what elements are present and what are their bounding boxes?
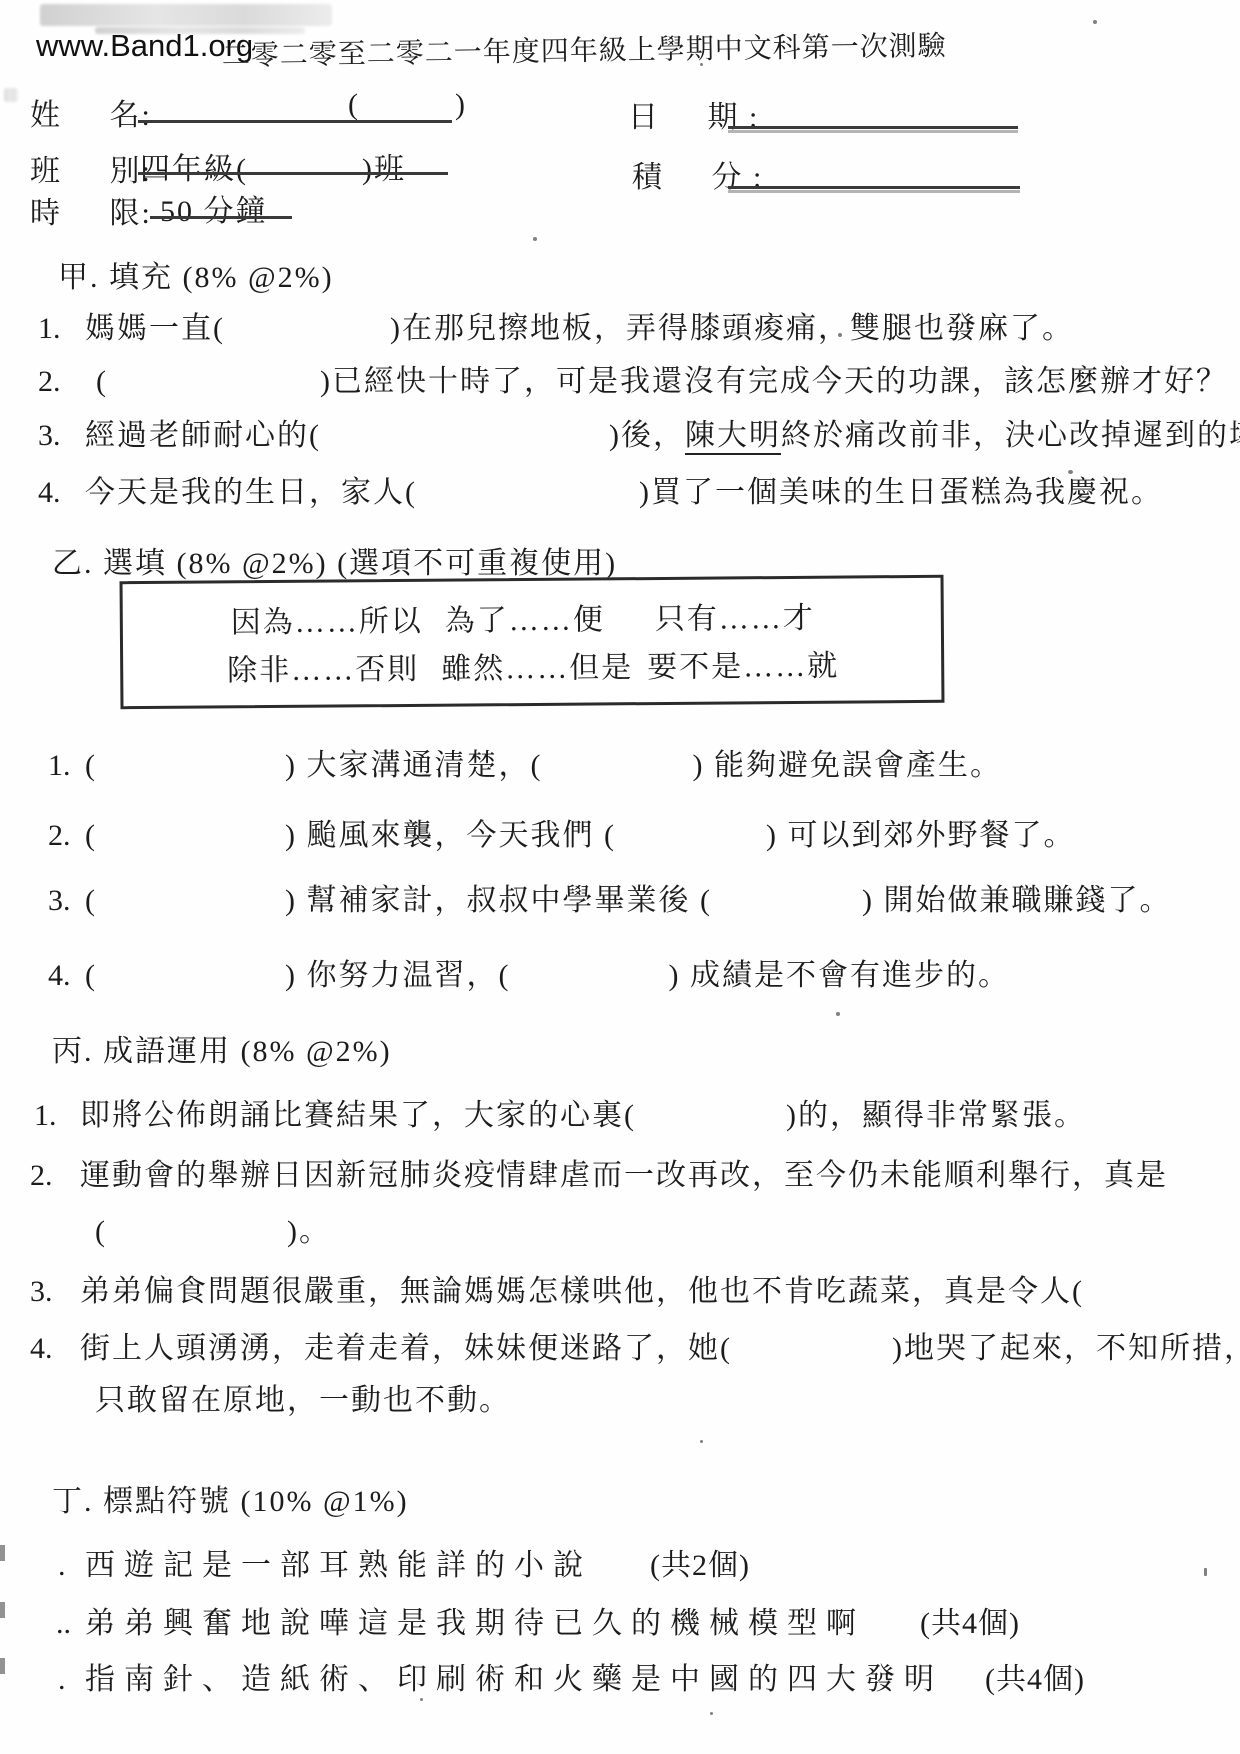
item-text: 運動會的舉辦日因新冠肺炎疫情肆虐而一改再改，至今仍未能順利舉行，真是 (80, 1159, 1168, 1192)
scan-speck (700, 63, 703, 66)
section-c-item-4-line-2: 只敢留在原地，一動也不動。 (95, 1375, 511, 1419)
time-value: 50 分鐘 (160, 186, 268, 230)
item-text: ) 大家溝通清楚，( (285, 749, 542, 782)
underlined-name: 陳大明 (685, 419, 781, 455)
item-number: 4. (30, 1332, 80, 1366)
scan-smudge (40, 4, 332, 26)
scan-speck (1093, 20, 1097, 24)
punctuation-count-note: (共4個) (920, 1607, 1020, 1640)
scan-speck (420, 1698, 423, 1701)
section-a-item-1: 1.媽媽一直()在那兒擦地板，弄得膝頭痠痛，雙腿也發麻了。 (38, 303, 1074, 347)
scan-speck (533, 237, 537, 241)
score-writing-line (728, 186, 1020, 189)
section-d-item-1: .西遊記是一部耳熟能詳的小說(共2個) (58, 1540, 750, 1584)
item-text: )買了一個美味的生日蛋糕為我慶祝。 (639, 476, 1163, 509)
item-number: 3. (38, 419, 85, 453)
item-number: 3. (48, 884, 85, 918)
section-a-item-3: 3.經過老師耐心的()後，陳大明終於痛改前非，決心改掉遲到的壞習慣。 (38, 410, 1240, 454)
item-text: )後， (609, 419, 685, 452)
punctuation-sentence: 指南針、造紙術、印刷術和火藥是中國的四大發明 (85, 1663, 943, 1696)
punctuation-sentence: 西遊記是一部耳熟能詳的小說 (85, 1549, 592, 1582)
options-box: 因為……所以 為了……便 只有……才 除非……否則 雖然……但是 要不是……就 (120, 575, 945, 709)
item-number: 3. (30, 1275, 80, 1309)
section-a-heading: 甲. 填充 (8% @2%) (58, 252, 334, 296)
section-a-item-4: 4.今天是我的生日，家人()買了一個美味的生日蛋糕為我慶祝。 (38, 467, 1163, 511)
item-text: )的，顯得非常緊張。 (786, 1099, 1086, 1132)
item-text: ( (96, 365, 108, 398)
section-d-item-2: ..弟弟興奮地說嘩這是我期待已久的機械模型啊(共4個) (56, 1598, 1020, 1642)
item-text: 即將公佈朗誦比賽結果了，大家的心裏( (80, 1099, 636, 1132)
option-conjunction: 除非……否則 (227, 644, 419, 690)
time-label: 時 限: (30, 188, 152, 232)
item-number: . (58, 1663, 85, 1697)
class-writing-line (138, 172, 448, 175)
scan-speck (836, 1012, 840, 1016)
scan-speck (838, 333, 842, 337)
scanned-test-paper: www.Band1.org 二零二零至二零二一年度四年級上學期中文科第一次測驗 … (0, 0, 1240, 1754)
item-text: 終於痛改前非，決心改掉遲到的壞習慣。 (781, 419, 1240, 452)
item-text: ( (85, 819, 97, 852)
section-c-item-2: 2.運動會的舉辦日因新冠肺炎疫情肆虐而一改再改，至今仍未能順利舉行，真是 (30, 1150, 1168, 1194)
date-writing-line (728, 126, 1018, 129)
item-text: 只敢留在原地，一動也不動。 (95, 1384, 511, 1417)
section-c-item-3: 3.弟弟偏食問題很嚴重，無論媽媽怎樣哄他，他也不肯吃蔬菜，真是令人()。 (30, 1266, 1240, 1310)
section-d-heading: 丁. 標點符號 (10% @1%) (52, 1476, 409, 1520)
item-text: )在那兒擦地板，弄得膝頭痠痛，雙腿也發麻了。 (390, 312, 1074, 345)
scan-speck (418, 905, 422, 909)
name-paren: ( ) (348, 88, 467, 122)
section-b-heading: 乙. 選填 (8% @2%) (選項不可重複使用) (52, 538, 617, 582)
punctuation-count-note: (共2個) (650, 1549, 750, 1582)
item-number: 1. (34, 1099, 80, 1133)
item-number: 2. (38, 365, 96, 399)
class-label: 班 別: (30, 146, 152, 190)
date-label: 日 期 : (628, 92, 759, 136)
option-conjunction: 雖然……但是 (441, 642, 633, 688)
section-b-item-1: 1.() 大家溝通清楚，() 能夠避免誤會產生。 (48, 740, 1002, 784)
item-number: . (58, 1549, 85, 1583)
section-b-item-4: 4.() 你努力温習，() 成績是不會有進步的。 (48, 950, 1010, 994)
item-text: ) 幫補家計，叔叔中學畢業後 ( (285, 884, 712, 917)
time-underline (150, 216, 292, 219)
item-text: ) 能夠避免誤會產生。 (692, 749, 1002, 782)
section-c-item-4: 4.街上人頭湧湧，走着走着，妹妹便迷路了，她()地哭了起來，不知所措， (30, 1323, 1240, 1367)
section-c-heading: 丙. 成語運用 (8% @2%) (52, 1026, 392, 1070)
item-text: ( (95, 1215, 107, 1248)
item-text: ) 颱風來襲，今天我們 ( (285, 819, 616, 852)
item-text: )。 (287, 1215, 331, 1248)
item-text: ( (85, 749, 97, 782)
section-c-item-2-line-2: ()。 (95, 1206, 331, 1250)
scan-speck (700, 1440, 703, 1443)
item-text: 今天是我的生日，家人( (85, 476, 417, 509)
scan-speck (1204, 1568, 1207, 1576)
item-text: 媽媽一直( (85, 312, 225, 345)
item-text: 弟弟偏食問題很嚴重，無論媽媽怎樣哄他，他也不肯吃蔬菜，真是令人( (80, 1275, 1084, 1308)
name-label: 姓 名: (30, 90, 152, 134)
item-text: 經過老師耐心的( (85, 419, 321, 452)
section-b-item-3: 3.() 幫補家計，叔叔中學畢業後 () 開始做兼職賺錢了。 (48, 875, 1171, 919)
item-number: 4. (48, 959, 85, 993)
scan-edge-mark (0, 1545, 5, 1561)
scan-edge-mark (0, 1658, 5, 1674)
item-number: 2. (48, 819, 85, 853)
option-conjunction: 為了……便 (445, 594, 605, 639)
item-text: ) 成績是不會有進步的。 (668, 959, 1010, 992)
item-text: 街上人頭湧湧，走着走着，妹妹便迷路了，她( (80, 1332, 732, 1365)
item-number: .. (56, 1607, 85, 1641)
score-label: 積 分 : (632, 152, 763, 196)
paper-title: 二零二零至二零二一年度四年級上學期中文科第一次測驗 (221, 24, 947, 74)
item-text: ) 你努力温習，( (285, 959, 510, 992)
option-conjunction: 只有……才 (655, 593, 815, 638)
option-conjunction: 因為……所以 (231, 596, 423, 642)
section-c-item-1: 1.即將公佈朗誦比賽結果了，大家的心裏()的，顯得非常緊張。 (34, 1090, 1086, 1134)
name-writing-line (138, 120, 452, 123)
option-conjunction: 要不是……就 (647, 641, 839, 687)
item-number: 4. (38, 476, 85, 510)
item-text: ( (85, 884, 97, 917)
item-text: )已經快十時了，可是我還沒有完成今天的功課，該怎麼辦才好？ (320, 365, 1228, 398)
scan-speck (491, 1168, 494, 1171)
item-number: 1. (38, 312, 85, 346)
item-text: )地哭了起來，不知所措， (892, 1332, 1240, 1365)
item-number: 2. (30, 1159, 80, 1193)
section-d-item-3: .指南針、造紙術、印刷術和火藥是中國的四大發明(共4個) (58, 1654, 1085, 1698)
scan-edge-mark (0, 1602, 5, 1618)
item-text: ) 開始做兼職賺錢了。 (862, 884, 1172, 917)
punctuation-count-note: (共4個) (985, 1663, 1085, 1696)
section-b-item-2: 2.() 颱風來襲，今天我們 () 可以到郊外野餐了。 (48, 810, 1075, 854)
item-text: ( (85, 959, 97, 992)
class-value: 四年級( )班 (140, 144, 406, 188)
item-text: ) 可以到郊外野餐了。 (766, 819, 1076, 852)
item-number: 1. (48, 749, 85, 783)
punctuation-sentence: 弟弟興奮地說嘩這是我期待已久的機械模型啊 (85, 1607, 865, 1640)
section-a-item-2: 2.()已經快十時了，可是我還沒有完成今天的功課，該怎麼辦才好？ (38, 356, 1228, 400)
scan-speck (710, 1712, 713, 1715)
scan-smudge (4, 88, 18, 102)
scan-speck (533, 1340, 537, 1344)
scan-speck (1068, 470, 1073, 474)
